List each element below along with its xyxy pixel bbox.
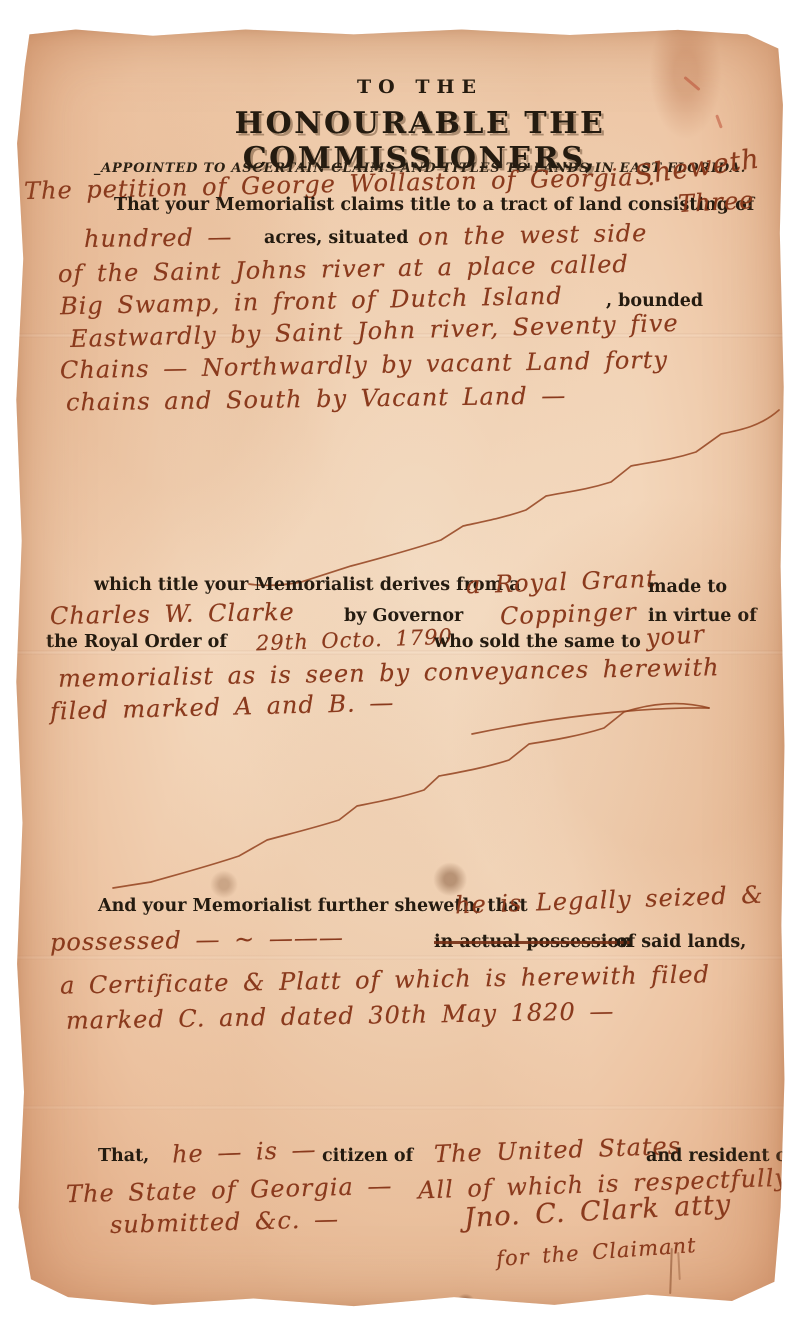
grantee-handwriting: Charles W. Clarke xyxy=(50,598,295,630)
said-lands-line: of said lands, xyxy=(616,932,746,952)
made-to-line: made to xyxy=(648,577,727,597)
hundred-handwriting: hundred — xyxy=(84,223,233,253)
struck-possession-printed: in actual possession xyxy=(434,932,632,952)
hundred-line: hundred — xyxy=(84,223,233,253)
governor-name-line: Coppinger xyxy=(500,598,638,631)
fold-crease xyxy=(14,955,786,960)
derives-line: which title your Memorialist derives fro… xyxy=(94,575,521,595)
dated-line: marked C. and dated 30th May 1820 — xyxy=(66,997,615,1035)
your-handwriting: your xyxy=(645,620,706,652)
filed-ab-handwriting: filed marked A and B. — xyxy=(50,688,395,725)
state-georgia-line: The State of Georgia — xyxy=(66,1172,393,1209)
royal-order-line: the Royal Order of xyxy=(46,632,227,652)
said-lands-printed: of said lands, xyxy=(616,932,746,952)
acres-printed: acres, situated xyxy=(264,228,409,248)
west-side-line: on the west side xyxy=(418,219,648,251)
filed-ab-line: filed marked A and B. — xyxy=(50,688,395,725)
submitted-handwriting: submitted &c. — xyxy=(110,1205,340,1239)
document-scan: TO THE HONOURABLE THE COMMISSIONERS, _AP… xyxy=(0,0,799,1321)
royal-grant-line: a Royal Grant xyxy=(466,565,658,600)
dated-handwriting: marked C. and dated 30th May 1820 — xyxy=(66,997,615,1035)
possessed-handwriting: possessed — ~ ——— xyxy=(50,923,344,956)
acres-line: acres, situated xyxy=(264,228,409,248)
bounds-north-handwriting: Chains — Northwardly by vacant Land fort… xyxy=(60,346,668,385)
possessed-line: possessed — ~ ——— xyxy=(50,923,344,956)
memorialist-line: memorialist as is seen by conveyances he… xyxy=(58,653,720,693)
bounds-south-handwriting: chains and South by Vacant Land — xyxy=(66,382,567,417)
for-claimant-handwriting: for the Claimant xyxy=(495,1233,697,1271)
resident-printed: and resident of xyxy=(646,1146,795,1166)
governor-line: by Governor xyxy=(344,606,463,626)
quantity-handwriting: Three xyxy=(677,186,755,218)
claims-printed: That your Memorialist claims title to a … xyxy=(114,195,754,215)
memorialist-handwriting: memorialist as is seen by conveyances he… xyxy=(58,653,720,693)
he-is-line: he — is — xyxy=(172,1135,317,1168)
resident-line: and resident of xyxy=(646,1146,795,1166)
bounded-printed: , bounded xyxy=(606,291,703,311)
derives-printed: which title your Memorialist derives fro… xyxy=(94,575,521,595)
order-date-handwriting: 29th Octo. 1790 xyxy=(256,625,454,656)
certificate-line: a Certificate & Platt of which is herewi… xyxy=(60,960,710,999)
order-date-line: 29th Octo. 1790 xyxy=(256,625,454,656)
united-states-handwriting: The United States xyxy=(434,1132,682,1169)
claims-line: That your Memorialist claims title to a … xyxy=(114,195,754,215)
bounded-line: , bounded xyxy=(606,291,703,311)
for-claimant-line: for the Claimant xyxy=(495,1233,697,1271)
royal-grant-handwriting: a Royal Grant xyxy=(466,565,658,600)
ink-flourish-1 xyxy=(239,400,784,585)
sold-line: who sold the same to xyxy=(434,632,641,652)
your-line: your xyxy=(645,620,706,652)
royal-order-printed: the Royal Order of xyxy=(46,632,227,652)
sold-printed: who sold the same to xyxy=(434,632,641,652)
struck-possession-line: in actual possession xyxy=(434,932,632,952)
fold-crease xyxy=(14,1105,786,1110)
citizen-line: citizen of xyxy=(322,1146,413,1166)
he-is-handwriting: he — is — xyxy=(172,1135,317,1168)
that-printed: That, xyxy=(98,1146,149,1166)
united-states-line: The United States xyxy=(434,1132,682,1169)
governor-name-handwriting: Coppinger xyxy=(500,598,638,631)
paper-sheet: TO THE HONOURABLE THE COMMISSIONERS, _AP… xyxy=(14,28,786,1310)
seized-line: he is Legally seized & xyxy=(455,881,764,920)
citizen-printed: citizen of xyxy=(322,1146,413,1166)
grantee-line: Charles W. Clarke xyxy=(50,598,295,630)
that-line: That, xyxy=(98,1146,149,1166)
submitted-line: submitted &c. — xyxy=(110,1205,340,1239)
seized-handwriting: he is Legally seized & xyxy=(455,881,764,920)
header-to-the: TO THE xyxy=(54,76,786,98)
bounds-south-line: chains and South by Vacant Land — xyxy=(66,382,567,417)
certificate-handwriting: a Certificate & Platt of which is herewi… xyxy=(60,960,710,999)
bounds-north-line: Chains — Northwardly by vacant Land fort… xyxy=(60,346,668,385)
governor-printed: by Governor xyxy=(344,606,463,626)
west-side-handwriting: on the west side xyxy=(418,219,648,251)
header-to-the-text: TO THE xyxy=(357,76,483,98)
made-to-printed: made to xyxy=(648,577,727,597)
state-georgia-handwriting: The State of Georgia — xyxy=(66,1172,393,1209)
quantity-line: Three xyxy=(677,186,755,218)
